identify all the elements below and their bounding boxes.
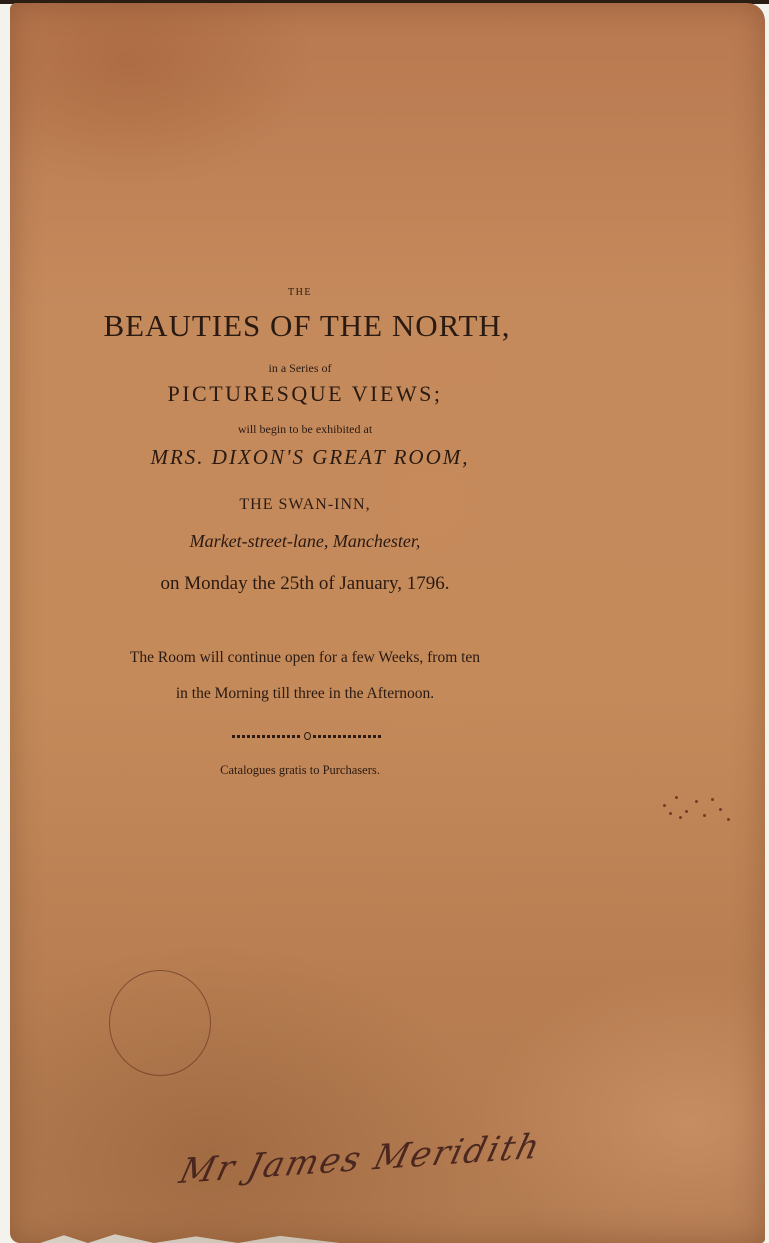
title-page: THE BEAUTIES OF THE NORTH, in a Series o… [0,0,769,1243]
ornament-rule-icon [232,731,382,741]
the-label: THE [280,287,320,298]
library-stamp-icon [109,970,211,1076]
subtitle: PICTURESQUE VIEWS; [140,381,470,407]
hours-line-1: The Room will continue open for a few We… [60,649,550,667]
inn-name: THE SWAN-INN, [215,496,395,514]
foxing-stains [655,790,735,830]
hours-line-2: in the Morning till three in the Afterno… [115,685,495,703]
series-line: in a Series of [200,361,400,376]
date-line: on Monday the 25th of January, 1796. [110,573,500,595]
handwritten-signature: Mr James Meridith [175,1118,664,1192]
exhibited-line: will begin to be exhibited at [200,422,410,437]
venue-name: MRS. DIXON'S GREAT ROOM, [100,445,520,470]
main-title: BEAUTIES OF THE NORTH, [62,308,552,344]
street-address: Market-street-lane, Manchester, [150,531,460,552]
torn-edge [40,1232,340,1243]
catalogue-note: Catalogues gratis to Purchasers. [195,763,405,778]
